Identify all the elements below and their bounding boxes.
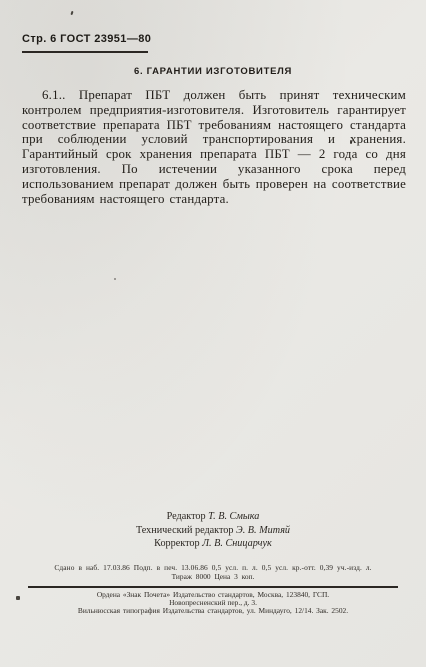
credit-name: Э. В. Митяй bbox=[236, 525, 290, 536]
scan-speck bbox=[114, 278, 116, 280]
credit-line-technical-editor: Технический редактор Э. В. Митяй bbox=[0, 524, 426, 538]
scan-speck bbox=[350, 140, 352, 144]
imprint-typeset-line: Сдано в наб. 17.03.86 Подп. в печ. 13.06… bbox=[0, 563, 426, 572]
warranty-paragraph: 6.1.. Препарат ПБТ должен быть принят те… bbox=[22, 88, 406, 206]
credit-role: Редактор bbox=[167, 511, 206, 522]
credit-role: Технический редактор bbox=[136, 525, 234, 536]
running-head-underline bbox=[22, 51, 148, 53]
running-head: Стр. 6 ГОСТ 23951—80 bbox=[22, 33, 151, 45]
credit-name: Л. В. Сницарчук bbox=[202, 538, 272, 549]
printer-line: Вильнюсская типография Издательства стан… bbox=[0, 606, 426, 615]
scanned-document-page: Стр. 6 ГОСТ 23951—80 6. ГАРАНТИИ ИЗГОТОВ… bbox=[0, 0, 426, 667]
credit-role: Корректор bbox=[154, 538, 199, 549]
credits-block: Редактор Т. В. Смыка Технический редакто… bbox=[0, 510, 426, 551]
imprint-tirage-line: Тираж 8000 Цена 3 коп. bbox=[0, 572, 426, 581]
credit-line-editor: Редактор Т. В. Смыка bbox=[0, 510, 426, 524]
credit-line-corrector: Корректор Л. В. Сницарчук bbox=[0, 537, 426, 551]
section-title: 6. ГАРАНТИИ ИЗГОТОВИТЕЛЯ bbox=[0, 66, 426, 77]
scan-speck bbox=[70, 11, 73, 15]
footer-divider bbox=[28, 586, 398, 588]
credit-name: Т. В. Смыка bbox=[208, 511, 259, 522]
